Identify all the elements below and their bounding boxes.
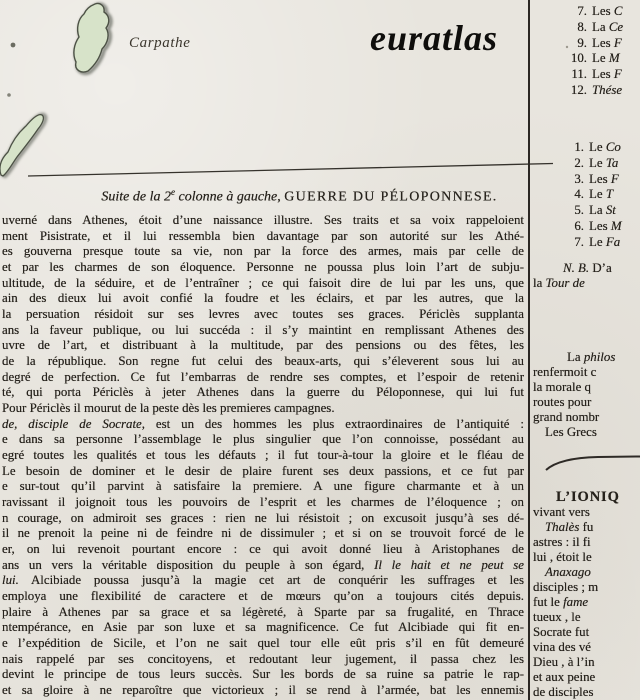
- text-segment: plaire à Athenes par sa grace et sa légè…: [2, 605, 524, 619]
- text-line: uverné dans Athenes, étoit d’une naissan…: [2, 213, 524, 229]
- text-segment: GUERRE DU PÉLOPONNESE.: [284, 190, 497, 205]
- text-segment: Alcibiade poussa jusqu’à la magie cet ar…: [19, 573, 524, 587]
- text-segment: egré toutes les qualités et tous les déf…: [2, 448, 524, 462]
- text-line: la persuation résidoit sur ses levres av…: [2, 307, 524, 323]
- text-segment: ntempérance, en Asie par son luxe et sa …: [2, 620, 524, 634]
- article-body: uverné dans Athenes, étoit d’une naissan…: [2, 213, 524, 699]
- list-item-number: 12.: [561, 83, 587, 99]
- text-segment: la: [533, 276, 546, 290]
- text-segment: La: [592, 20, 609, 34]
- text-line: vivant vers: [533, 505, 598, 520]
- text-segment: de, disciple de Socrate,: [2, 417, 145, 431]
- text-segment: M: [609, 51, 620, 65]
- text-segment: employa une flexibilité de caractere et …: [2, 589, 524, 603]
- text-segment: Les Grecs: [545, 425, 597, 439]
- text-line: vina des vé: [533, 640, 598, 655]
- legend-list-item: 7.Le Fa: [558, 235, 622, 251]
- text-segment: ans un vers la véritable disposition du …: [2, 558, 374, 572]
- list-item-number: 7.: [561, 4, 587, 20]
- legend-list-item: 2.Le Ta: [558, 156, 622, 172]
- philosophy-paragraph: La philosrenfermoit cla morale qroutes p…: [533, 350, 615, 440]
- island-carpathe-shape: [74, 3, 109, 72]
- text-segment: Les: [592, 67, 614, 81]
- legend-list-top: 7.Les C8.La Ce9.Les F10.Le M11.Les F12.T…: [561, 4, 623, 99]
- text-segment: Les: [592, 36, 614, 50]
- text-segment: F: [614, 36, 622, 50]
- text-line: N. B. D’a: [533, 261, 612, 276]
- text-segment: er, on lui revenoit pourtant encore : ce…: [2, 542, 524, 556]
- text-line: lui. Alcibiade poussa jusqu’à la magie c…: [2, 573, 524, 589]
- text-segment: D’a: [589, 261, 612, 275]
- legend-list-item: 6.Les M: [558, 219, 622, 235]
- text-line: Socrate fut: [533, 625, 598, 640]
- text-line: ain des dieux lui avoit confié la foudre…: [2, 291, 524, 307]
- text-line: e dans sa personne l’assemblage le plus …: [2, 432, 524, 448]
- text-segment: e dans sa personne l’assemblage le plus …: [2, 432, 524, 446]
- text-segment: Les: [589, 219, 611, 233]
- article-heading: Suite de la 2e colonne à gauche, GUERRE …: [0, 187, 527, 206]
- text-segment: té, qui porta Périclès à jeter Athenes d…: [2, 385, 524, 399]
- legend-list-item: 3.Les F: [558, 172, 622, 188]
- text-line: ravissant il joignoit tous les pouvoirs …: [2, 495, 524, 511]
- list-item-number: 11.: [561, 67, 587, 83]
- text-segment: lui.: [2, 573, 19, 587]
- text-segment: St: [606, 203, 616, 217]
- text-line: uvre de l’art, et distribuant à la multi…: [2, 338, 524, 354]
- list-item-number: 5.: [558, 203, 584, 219]
- text-segment: La: [567, 350, 584, 364]
- text-line: té, qui porta Périclès à jeter Athenes d…: [2, 385, 524, 401]
- text-segment: philos: [584, 350, 616, 364]
- text-segment: Le: [589, 187, 606, 201]
- column-rule: [528, 0, 530, 700]
- text-segment: est un des hommes les plus extraordinair…: [145, 417, 524, 431]
- text-line: grand nombr: [533, 410, 615, 425]
- text-line: lui , étoit le: [533, 550, 598, 565]
- text-line: ntempérance, en Asie par son luxe et sa …: [2, 620, 524, 636]
- text-segment: Socrate fut: [533, 625, 589, 639]
- text-segment: ultitude, de la séduire, et de l’entraîn…: [2, 276, 524, 290]
- text-segment: F: [614, 67, 622, 81]
- text-segment: ans la faveur publique, ou lui succéda :…: [2, 323, 524, 337]
- text-segment: Co: [606, 140, 621, 154]
- text-line: n courage, on admiroit ses graces : rien…: [2, 511, 524, 527]
- text-segment: Il le hait et ne peut se: [374, 558, 524, 572]
- text-segment: routes pour: [533, 395, 591, 409]
- text-segment: Le: [592, 51, 609, 65]
- text-line: disciples ; m: [533, 580, 598, 595]
- text-line: de disciples: [533, 685, 598, 700]
- legend-list-item: 4.Le T: [558, 187, 622, 203]
- legend-list-middle: 1.Le Co2.Le Ta3.Les F4.Le T5.La St6.Les …: [558, 140, 622, 251]
- text-line: de, disciple de Socrate, est un des homm…: [2, 417, 524, 433]
- text-segment: lui , étoit le: [533, 550, 592, 564]
- text-line: Les Grecs: [533, 425, 615, 440]
- text-segment: Tour de: [546, 276, 585, 290]
- island-carpathe-shadow: [76, 4, 111, 73]
- text-segment: Le: [589, 156, 606, 170]
- text-segment: e l’expédition de Sicile, et l’on ne sai…: [2, 636, 524, 650]
- text-line: il ne prenoit la peine ni de feindre ni …: [2, 526, 524, 542]
- text-line: astres : il fi: [533, 535, 598, 550]
- nb-note: N. B. D’ala Tour de: [533, 261, 612, 291]
- legend-list-item: 10.Le M: [561, 51, 623, 67]
- text-segment: Les: [589, 172, 611, 186]
- text-line: ans un vers la véritable disposition du …: [2, 558, 524, 574]
- section-divider-curve: [546, 457, 640, 471]
- text-segment: degré de perfection. Ce fut l’embarras d…: [2, 370, 524, 384]
- text-line: renfermoit c: [533, 365, 615, 380]
- text-segment: Ta: [606, 156, 618, 170]
- text-segment: uvre de l’art, et distribuant à la multi…: [2, 338, 524, 352]
- text-segment: renfermoit c: [533, 365, 596, 379]
- text-segment: et par les charmes de son éloquence. Per…: [2, 260, 524, 274]
- text-line: Le besoin de dominer et le desir de plai…: [2, 464, 524, 480]
- text-segment: Anaxago: [545, 565, 591, 579]
- text-line: e sur-tout qu’il parvint à satisfaire la…: [2, 479, 524, 495]
- text-segment: Suite de la 2: [101, 190, 171, 205]
- text-line: nais rappelé par ses concitoyens, et red…: [2, 652, 524, 668]
- list-item-number: 6.: [558, 219, 584, 235]
- text-segment: astres : il fi: [533, 535, 591, 549]
- text-segment: Ce: [609, 20, 623, 34]
- text-segment: la morale q: [533, 380, 591, 394]
- text-segment: F: [611, 172, 619, 186]
- text-line: Thalès fu: [533, 520, 598, 535]
- text-segment: Pour Périclès il mourut de la peste dès …: [2, 401, 335, 415]
- text-segment: de la république. Son regne fut celui de…: [2, 354, 524, 368]
- text-segment: Dieu , à l’in: [533, 655, 595, 669]
- text-line: er, on lui revenoit pourtant encore : ce…: [2, 542, 524, 558]
- text-segment: fu: [579, 520, 593, 534]
- ionic-section-heading: L’IONIQ: [556, 489, 620, 506]
- list-item-number: 8.: [561, 20, 587, 36]
- list-item-number: 3.: [558, 172, 584, 188]
- legend-list-item: 8.La Ce: [561, 20, 623, 36]
- text-segment: vina des vé: [533, 640, 591, 654]
- text-segment: Les: [592, 4, 614, 18]
- text-line: employa une flexibilité de caractere et …: [2, 589, 524, 605]
- text-line: et par les charmes de son éloquence. Per…: [2, 260, 524, 276]
- text-segment: ment Pisistrate, et il lui ressembla bie…: [2, 229, 524, 243]
- text-segment: ravissant il joignoit tous les pouvoirs …: [2, 495, 524, 509]
- list-item-number: 7.: [558, 235, 584, 251]
- text-line: routes pour: [533, 395, 615, 410]
- list-item-number: 9.: [561, 36, 587, 52]
- islet-dot: [7, 93, 11, 97]
- text-segment: Le: [589, 235, 606, 249]
- text-line: tueux , le: [533, 610, 598, 625]
- text-segment: T: [606, 187, 613, 201]
- text-line: de la république. Son regne fut celui de…: [2, 354, 524, 370]
- ionic-section-body: vivant vers Thalès fuastres : il filui ,…: [533, 505, 598, 700]
- legend-list-item: 7.Les C: [561, 4, 623, 20]
- text-segment: tueux , le: [533, 610, 581, 624]
- text-segment: M: [611, 219, 622, 233]
- legend-list-item: 1.Le Co: [558, 140, 622, 156]
- text-line: Dieu , à l’in: [533, 655, 598, 670]
- text-segment: N. B.: [563, 261, 589, 275]
- legend-list-item: 5.La St: [558, 203, 622, 219]
- text-line: La philos: [533, 350, 615, 365]
- text-segment: vivant vers: [533, 505, 590, 519]
- text-segment: disciples ; m: [533, 580, 598, 594]
- text-line: Pour Périclès il mourut de la peste dès …: [2, 401, 524, 417]
- text-line: la Tour de: [533, 276, 612, 291]
- text-line: ultitude, de la séduire, et de l’entraîn…: [2, 276, 524, 292]
- text-line: e l’expédition de Sicile, et l’on ne sai…: [2, 636, 524, 652]
- text-segment: Le: [589, 140, 606, 154]
- list-item-number: 1.: [558, 140, 584, 156]
- island-label-carpathe: Carpathe: [129, 35, 190, 52]
- legend-list-item: 12.Thése: [561, 83, 623, 99]
- text-line: Anaxago: [533, 565, 598, 580]
- text-segment: La: [589, 203, 606, 217]
- text-segment: Thése: [592, 83, 622, 97]
- island-small-shape: [0, 115, 43, 176]
- text-segment: fame: [563, 595, 588, 609]
- text-line: devint le principe de tous leurs succès.…: [2, 667, 524, 683]
- text-line: et aux peine: [533, 670, 598, 685]
- text-line: et sa gloire à ne reparoître que victori…: [2, 683, 524, 699]
- map-border-line: [28, 164, 553, 177]
- scanned-atlas-page: Carpathe euratlas Suite de la 2e colonne…: [0, 0, 640, 700]
- text-segment: es gouverna presque toute sa vie, non pa…: [2, 244, 524, 258]
- text-segment: la persuation résidoit sur ses levres av…: [2, 307, 524, 321]
- text-line: ment Pisistrate, et il lui ressembla bie…: [2, 229, 524, 245]
- text-segment: fut le: [533, 595, 563, 609]
- text-segment: et aux peine: [533, 670, 595, 684]
- list-item-number: 10.: [561, 51, 587, 67]
- text-line: la morale q: [533, 380, 615, 395]
- text-segment: e sur-tout qu’il parvint à satisfaire la…: [2, 479, 524, 493]
- text-line: degré de perfection. Ce fut l’embarras d…: [2, 370, 524, 386]
- text-line: fut le fame: [533, 595, 598, 610]
- text-line: egré toutes les qualités et tous les déf…: [2, 448, 524, 464]
- text-segment: Le besoin de dominer et le desir de plai…: [2, 464, 524, 478]
- text-segment: uverné dans Athenes, étoit d’une naissan…: [2, 213, 524, 227]
- text-segment: colonne à gauche: [175, 190, 277, 205]
- text-segment: C: [614, 4, 623, 18]
- euratlas-watermark: euratlas: [370, 20, 498, 56]
- legend-list-item: 11.Les F: [561, 67, 623, 83]
- list-item-number: 4.: [558, 187, 584, 203]
- text-segment: grand nombr: [533, 410, 599, 424]
- text-segment: ain des dieux lui avoit confié la foudre…: [2, 291, 524, 305]
- text-segment: et sa gloire à ne reparoître que victori…: [2, 683, 524, 697]
- text-segment: il ne prenoit la peine ni de feindre ni …: [2, 526, 524, 540]
- list-item-number: 2.: [558, 156, 584, 172]
- text-segment: n courage, on admiroit ses graces : rien…: [2, 511, 524, 525]
- island-small-shadow: [2, 115, 45, 176]
- legend-list-item: 9.Les F: [561, 36, 623, 52]
- islet-dot: [11, 43, 16, 48]
- text-segment: devint le principe de tous leurs succès.…: [2, 667, 524, 681]
- text-segment: Fa: [606, 235, 620, 249]
- text-line: es gouverna presque toute sa vie, non pa…: [2, 244, 524, 260]
- text-line: ans la faveur publique, ou lui succéda :…: [2, 323, 524, 339]
- text-segment: Thalès: [545, 520, 579, 534]
- text-line: plaire à Athenes par sa grace et sa légè…: [2, 605, 524, 621]
- text-segment: nais rappelé par ses concitoyens, et red…: [2, 652, 524, 666]
- text-segment: de disciples: [533, 685, 594, 699]
